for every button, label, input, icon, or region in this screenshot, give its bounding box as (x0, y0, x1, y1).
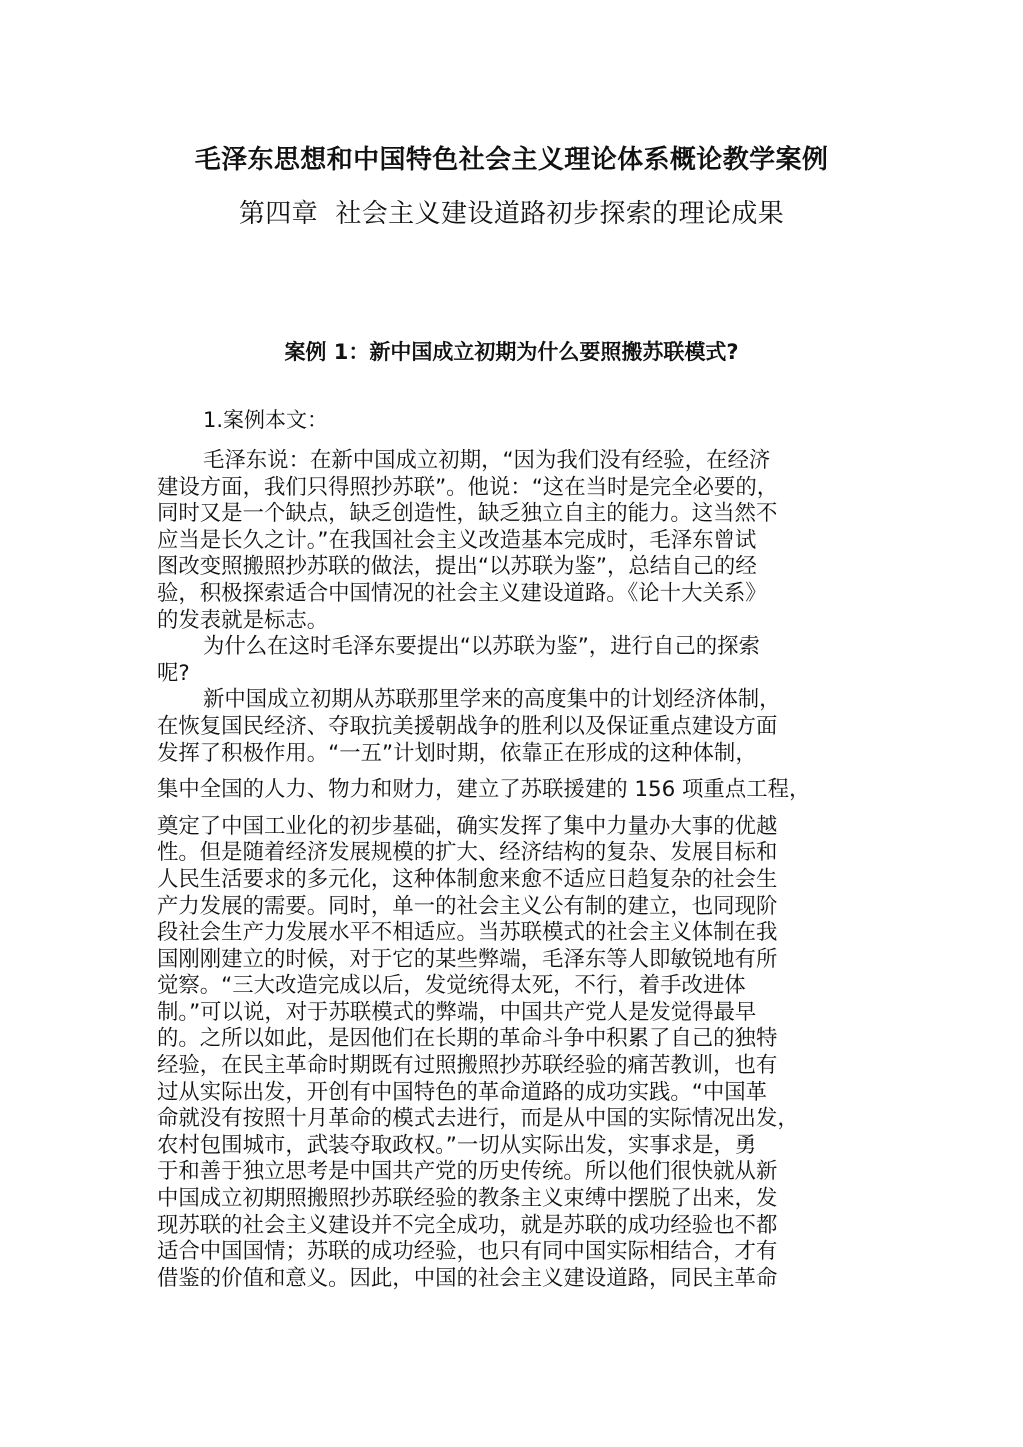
text-line: 的。之所以如此，是因他们在长期的革命斗争中积累了自己的独特 (157, 1026, 867, 1053)
text-line: 的发表就是标志。 (157, 608, 867, 635)
document-page: 毛泽东思想和中国特色社会主义理论体系概论教学案例 第四章 社会主义建设道路初步探… (0, 0, 1023, 1447)
case-heading: 案例 1：新中国成立初期为什么要照搬苏联模式? (0, 336, 1023, 368)
text-line: 觉察。“三大改造完成以后，发觉统得太死，不行，着手改进体 (157, 973, 867, 1000)
text-line: 制。”可以说，对于苏联模式的弊端，中国共产党人是发觉得最早 (157, 1000, 867, 1027)
text-line: 经验，在民主革命时期既有过照搬照抄苏联经验的痛苦教训，也有 (157, 1053, 867, 1080)
text-line: 毛泽东说：在新中国成立初期，“因为我们没有经验，在经济 (157, 448, 867, 475)
text-line: 发挥了积极作用。“一五”计划时期，依靠正在形成的这种体制， (157, 741, 867, 768)
text-line: 人民生活要求的多元化，这种体制愈来愈不适应日趋复杂的社会生 (157, 867, 867, 894)
text-line: 命就没有按照十月革命的模式去进行，而是从中国的实际情况出发， (157, 1106, 867, 1133)
text-line: 性。但是随着经济发展规模的扩大、经济结构的复杂、发展目标和 (157, 840, 867, 867)
text-line: 呢? (157, 661, 867, 688)
text-line: 集中全国的人力、物力和财力，建立了苏联援建的 156 项重点工程， (157, 777, 867, 804)
text-line: 为什么在这时毛泽东要提出“以苏联为鉴”，进行自己的探索 (157, 634, 867, 661)
text-line: 现苏联的社会主义建设并不完全成功，就是苏联的成功经验也不都 (157, 1213, 867, 1240)
text-line: 国刚刚建立的时候，对于它的某些弊端，毛泽东等人即敏锐地有所 (157, 947, 867, 974)
text-line: 验，积极探索适合中国情况的社会主义建设道路。《论十大关系》 (157, 581, 867, 608)
text-line: 新中国成立初期从苏联那里学来的高度集中的计划经济体制， (157, 687, 867, 714)
text-line: 于和善于独立思考是中国共产党的历史传统。所以他们很快就从新 (157, 1159, 867, 1186)
section-label: 1.案例本文： (203, 405, 328, 435)
text-line: 应当是长久之计。”在我国社会主义改造基本完成时，毛泽东曾试 (157, 528, 867, 555)
text-line: 借鉴的价值和意义。因此，中国的社会主义建设道路，同民主革命 (157, 1266, 867, 1293)
text-line: 农村包围城市，武装夺取政权。”一切从实际出发，实事求是，勇 (157, 1133, 867, 1160)
text-line: 在恢复国民经济、夺取抗美援朝战争的胜利以及保证重点建设方面 (157, 714, 867, 741)
text-line: 段社会生产力发展水平不相适应。当苏联模式的社会主义体制在我 (157, 920, 867, 947)
body-text: 毛泽东说：在新中国成立初期，“因为我们没有经验，在经济建设方面，我们只得照抄苏联… (157, 448, 867, 1292)
document-title: 毛泽东思想和中国特色社会主义理论体系概论教学案例 (0, 142, 1023, 178)
text-line: 图改变照搬照抄苏联的做法，提出“以苏联为鉴”，总结自己的经 (157, 554, 867, 581)
text-line: 产力发展的需要。同时，单一的社会主义公有制的建立，也同现阶 (157, 894, 867, 921)
text-line: 同时又是一个缺点，缺乏创造性，缺乏独立自主的能力。这当然不 (157, 501, 867, 528)
text-line: 适合中国国情；苏联的成功经验，也只有同中国实际相结合，才有 (157, 1239, 867, 1266)
text-line: 过从实际出发，开创有中国特色的革命道路的成功实践。“中国革 (157, 1080, 867, 1107)
chapter-title: 第四章 社会主义建设道路初步探索的理论成果 (0, 196, 1023, 232)
text-line: 建设方面，我们只得照抄苏联”。他说：“这在当时是完全必要的， (157, 475, 867, 502)
text-line: 奠定了中国工业化的初步基础，确实发挥了集中力量办大事的优越 (157, 814, 867, 841)
text-line: 中国成立初期照搬照抄苏联经验的教条主义束缚中摆脱了出来，发 (157, 1186, 867, 1213)
